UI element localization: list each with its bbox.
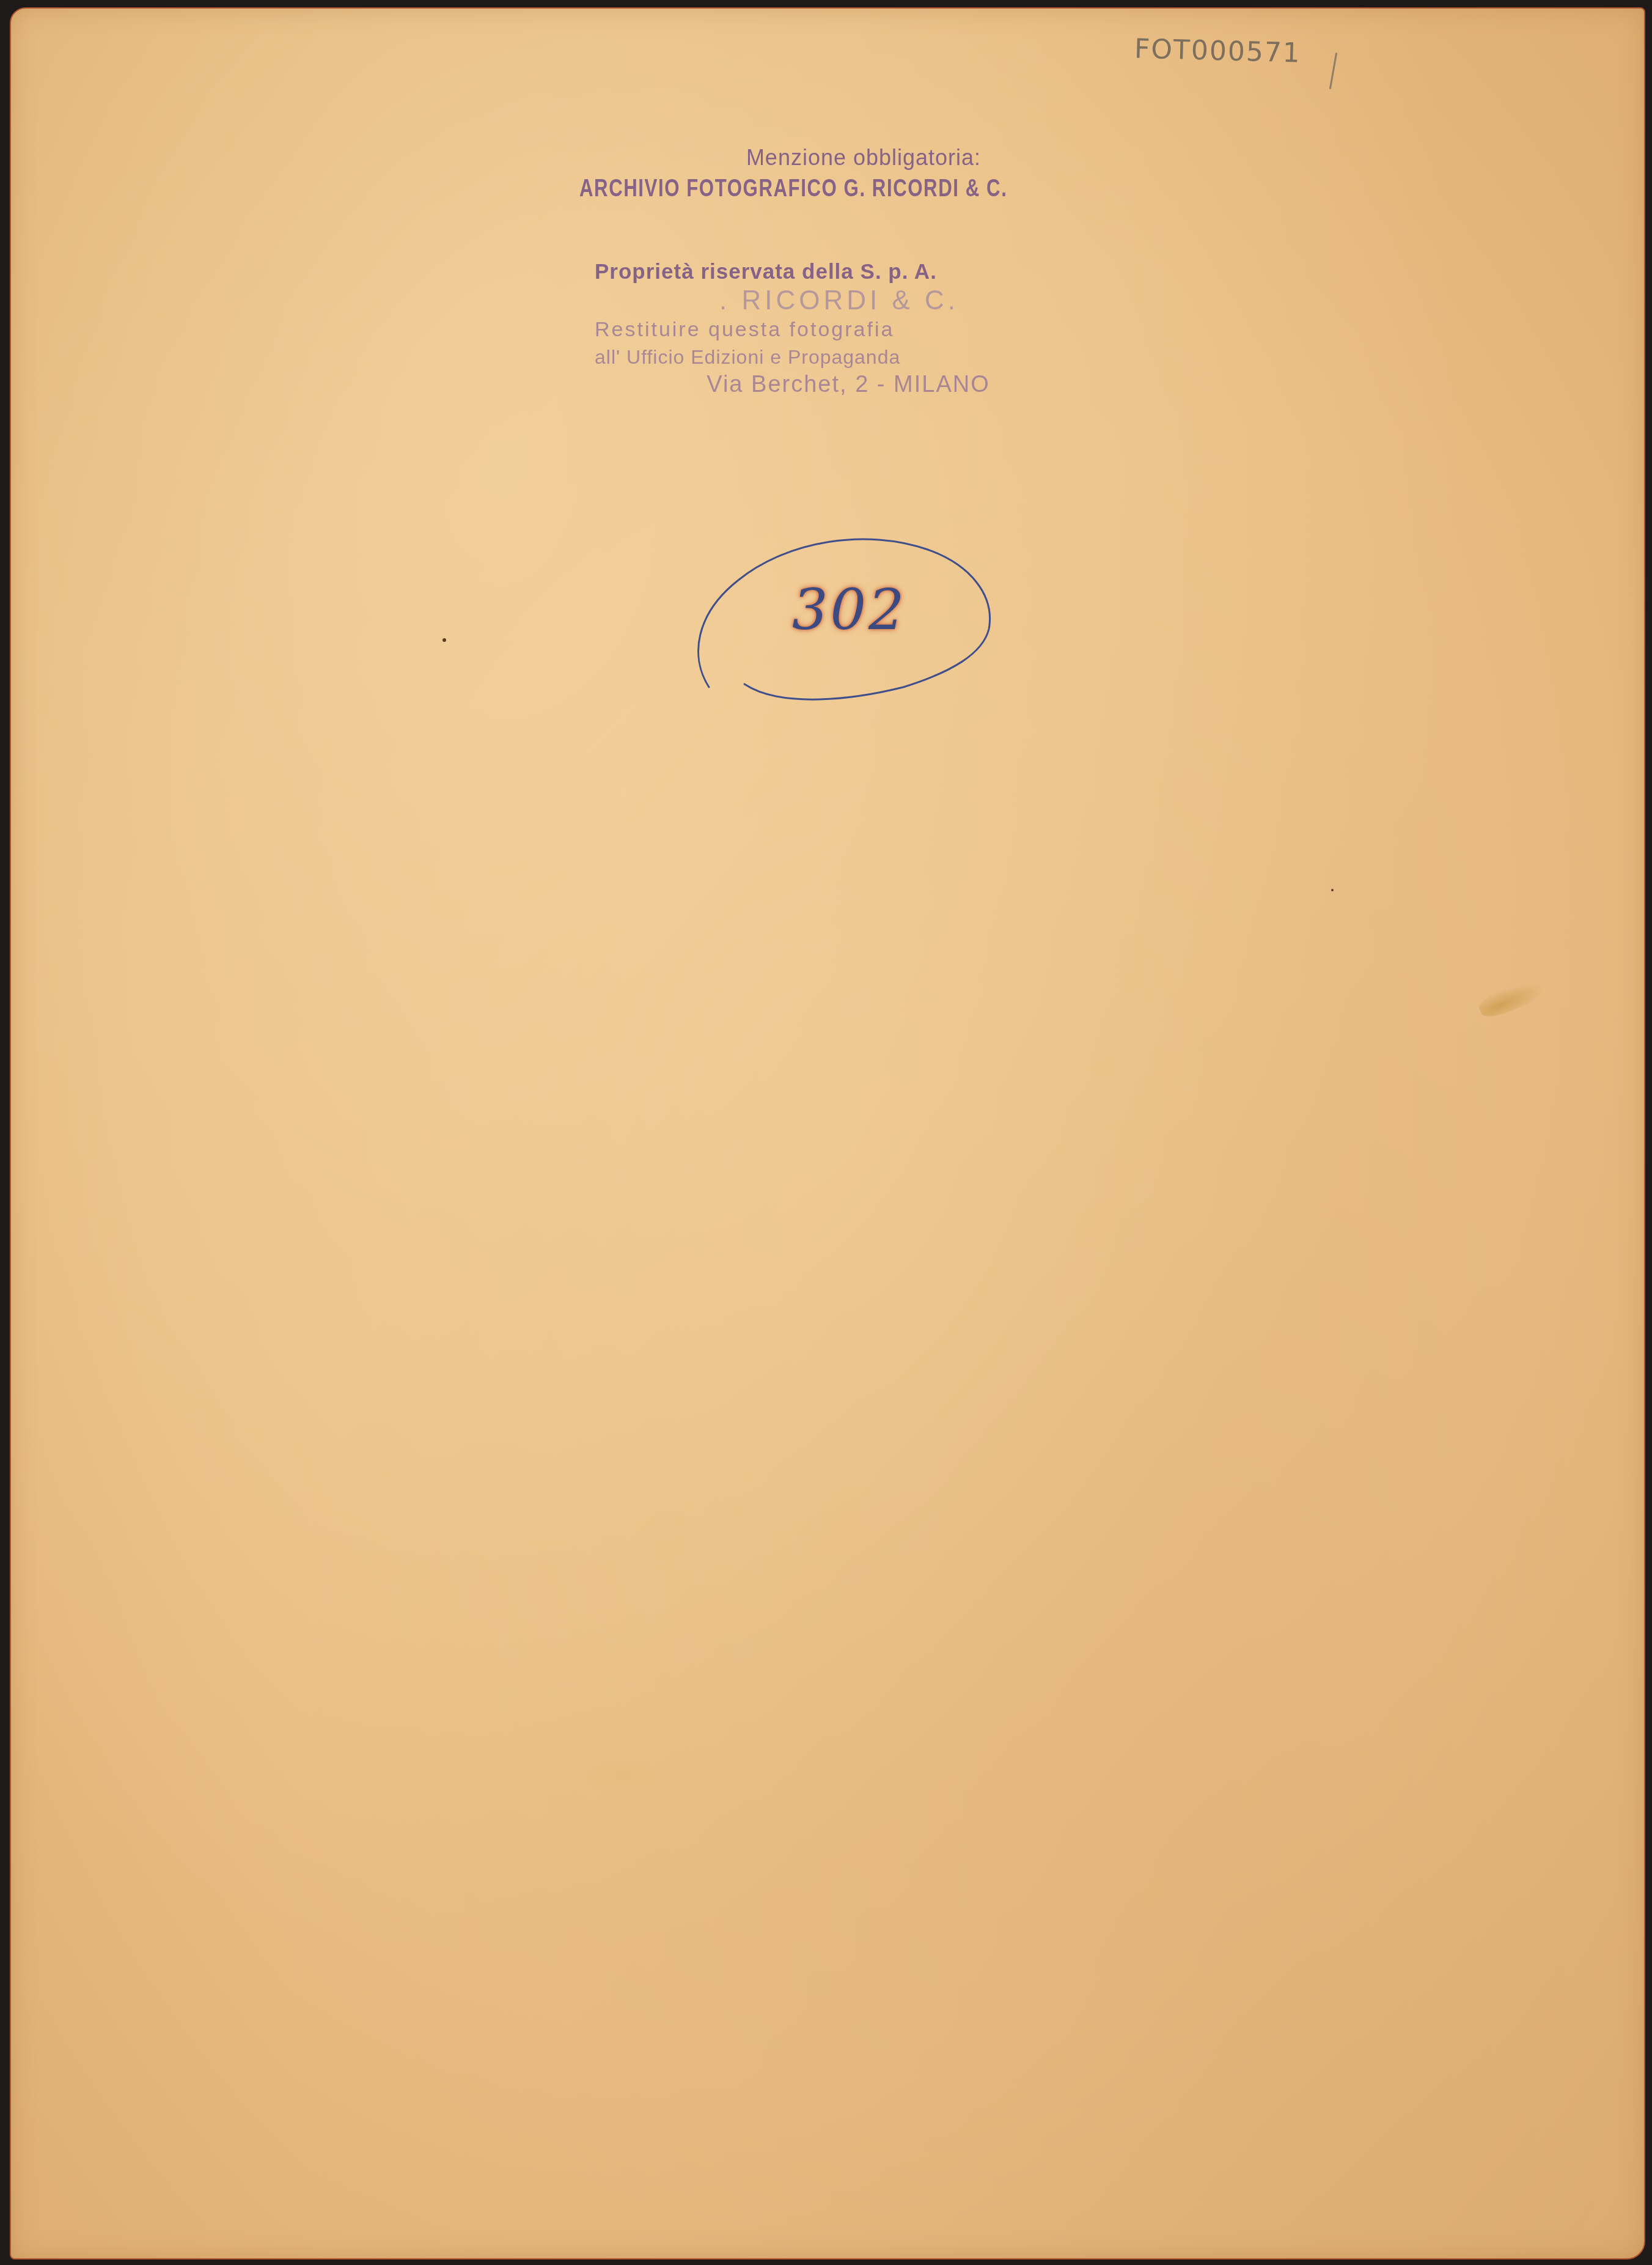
stain-mark bbox=[573, 1757, 671, 1794]
photo-card-verso: FOT000571 Menzione obbligatoria: ARCHIVI… bbox=[10, 7, 1645, 2259]
credit-stamp-line-1: Menzione obbligatoria: bbox=[622, 144, 1105, 171]
speck bbox=[1331, 889, 1334, 891]
property-stamp-line-4: all' Ufficio Edizioni e Propaganda bbox=[595, 344, 1084, 371]
speck bbox=[442, 638, 446, 642]
stain-mark bbox=[1476, 975, 1547, 1022]
property-stamp: Proprietà riservata della S. p. A. . RIC… bbox=[595, 258, 1084, 399]
circled-number-text: 302 bbox=[792, 577, 907, 643]
pencil-mark bbox=[1329, 53, 1337, 89]
property-stamp-line-3: Restituire questa fotografia bbox=[595, 316, 1084, 344]
property-stamp-line-5: Via Berchet, 2 - MILANO bbox=[613, 371, 1084, 399]
property-stamp-line-2: . RICORDI & C. bbox=[595, 285, 1084, 316]
property-stamp-line-1: Proprietà riservata della S. p. A. bbox=[595, 258, 1084, 285]
circled-number: 302 bbox=[683, 522, 1001, 705]
inventory-number: FOT000571 bbox=[1134, 33, 1301, 68]
archive-credit-stamp: Menzione obbligatoria: ARCHIVIO FOTOGRAF… bbox=[579, 144, 1105, 203]
credit-stamp-line-2: ARCHIVIO FOTOGRAFICO G. RICORDI & C. bbox=[579, 174, 989, 203]
